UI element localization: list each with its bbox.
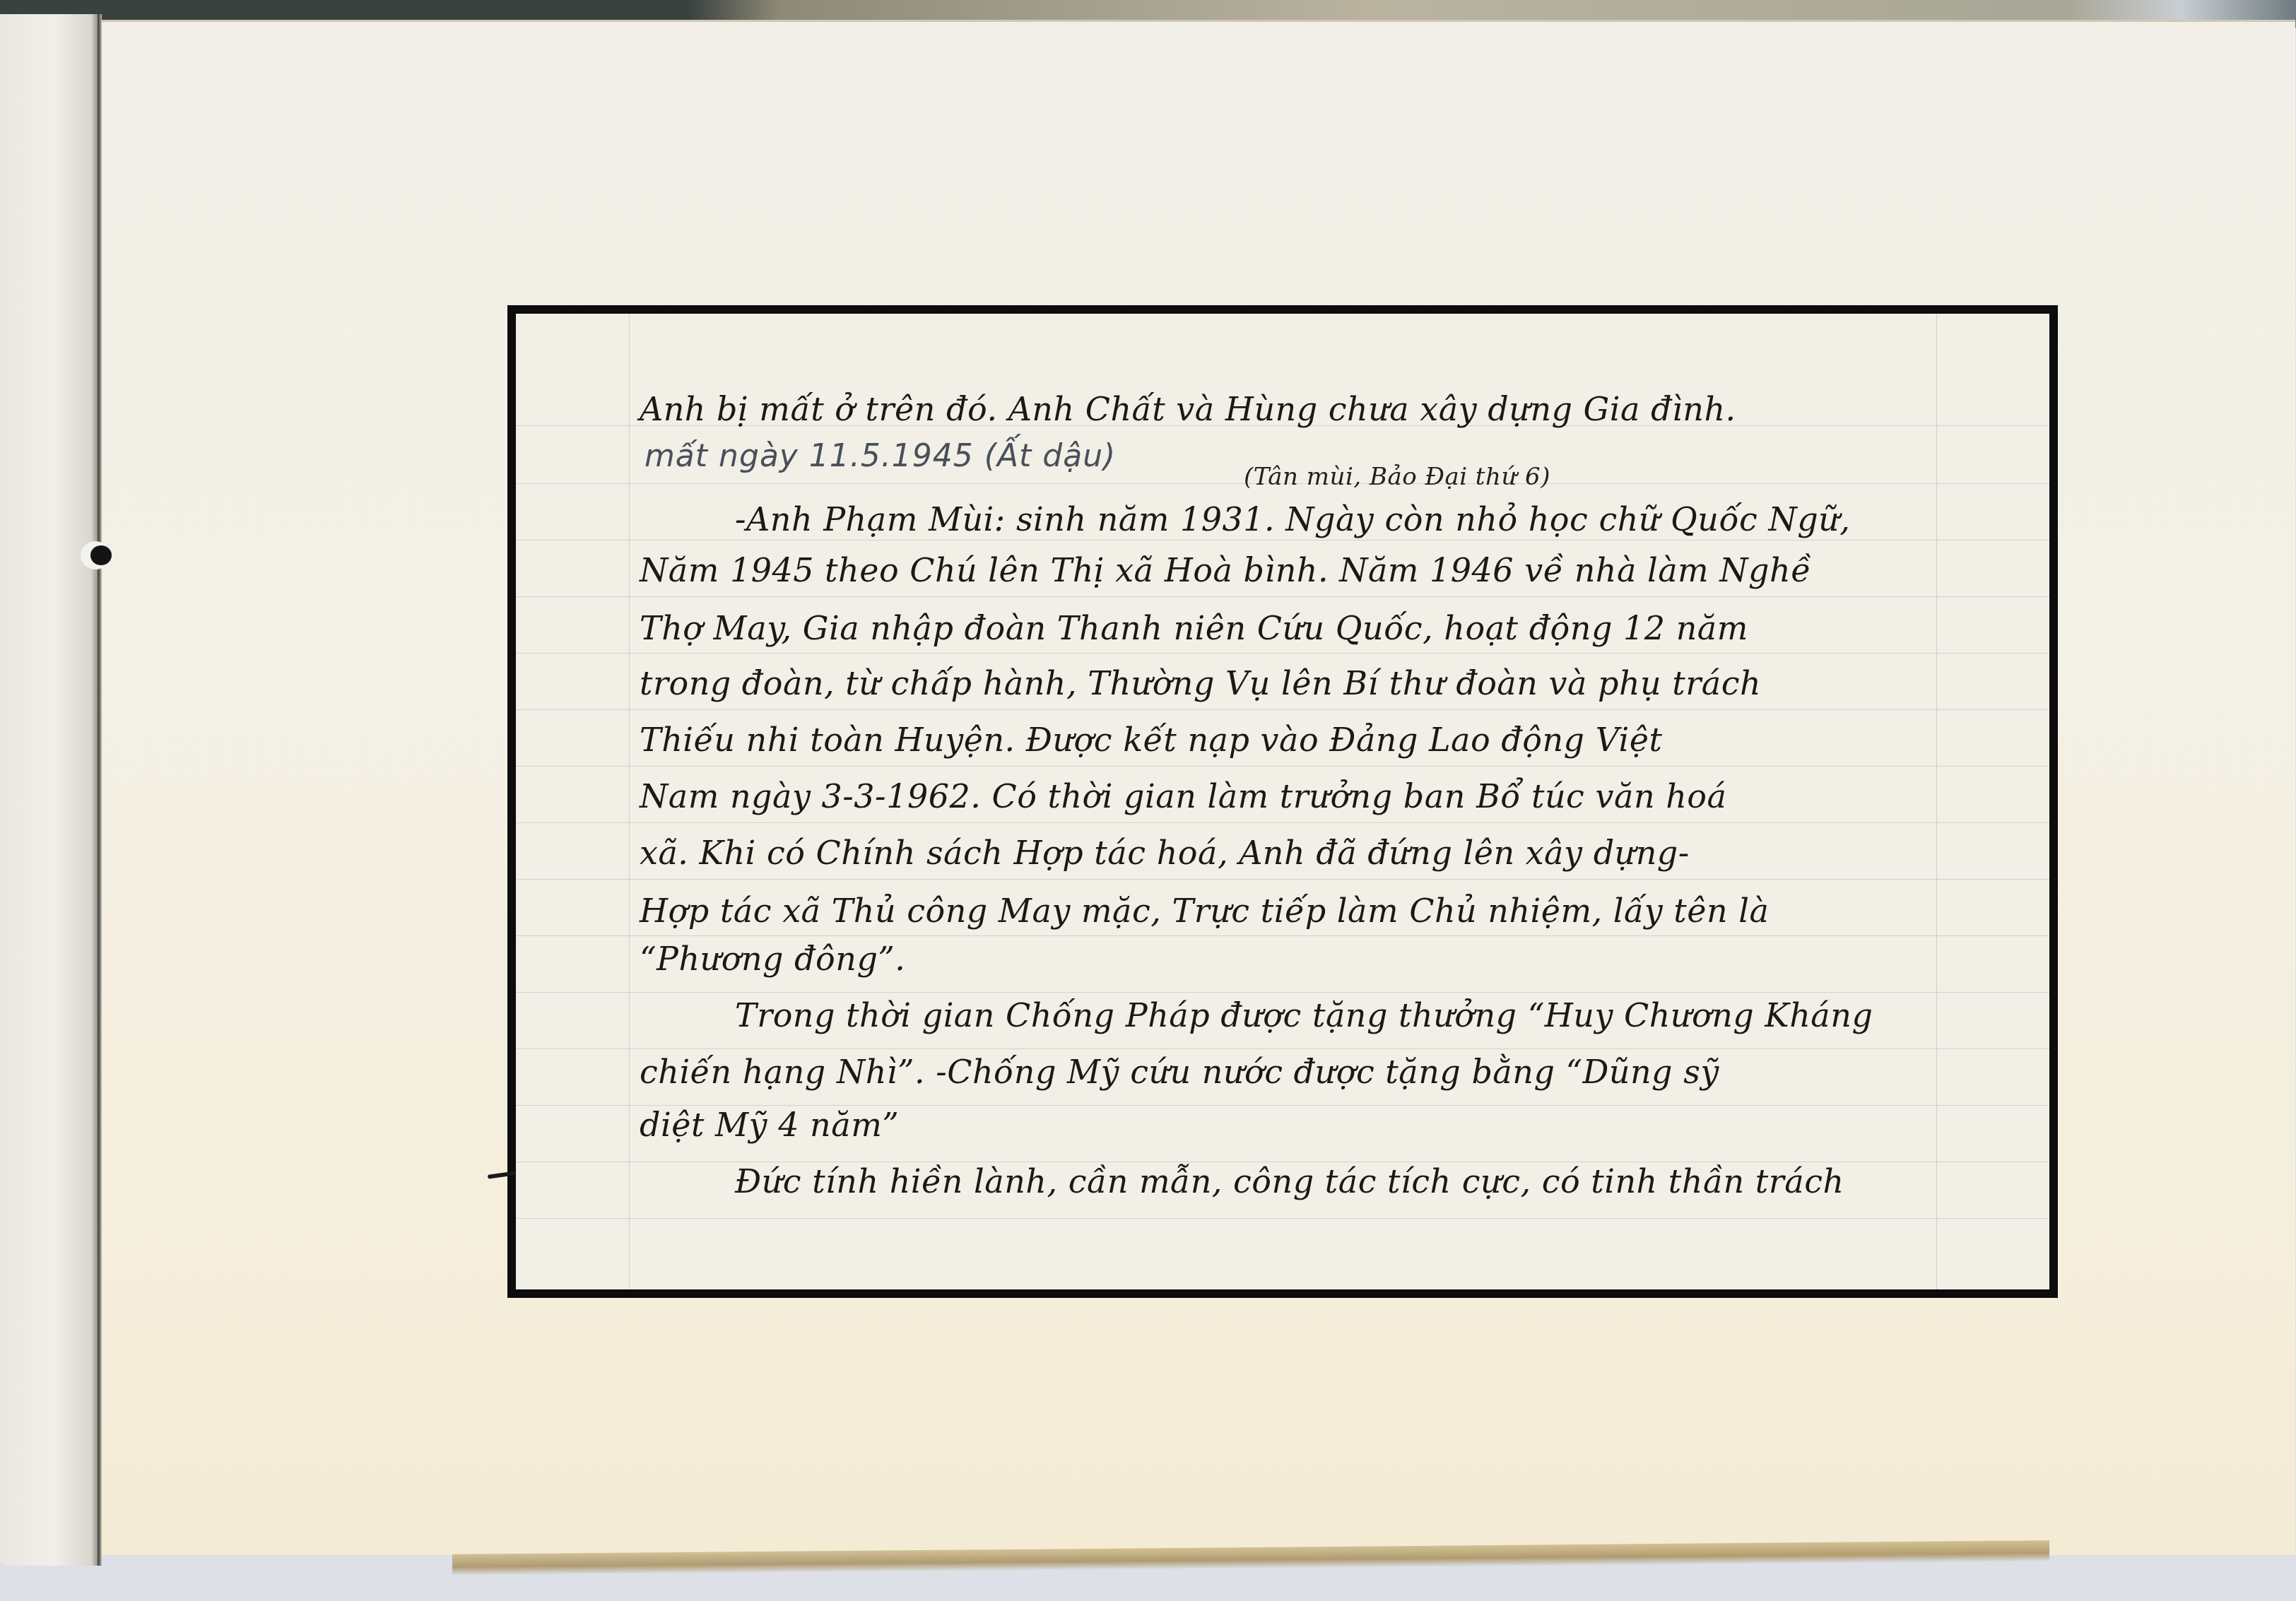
pencil-ruling — [516, 1218, 2049, 1219]
binding-stitch-hole — [90, 545, 112, 565]
pencil-ruling — [516, 540, 2049, 540]
text-line-9: Nam ngày 3-3-1962. Có thời gian làm trưở… — [640, 777, 1726, 815]
text-line-13: Trong thời gian Chống Pháp được tặng thư… — [735, 996, 1873, 1034]
pencil-ruling — [516, 879, 2049, 880]
text-line-11: Hợp tác xã Thủ công May mặc, Trực tiếp l… — [640, 892, 1769, 930]
text-line-10: xã. Khi có Chính sách Hợp tác hoá, Anh đ… — [640, 834, 1690, 872]
pencil-ruling — [516, 653, 2049, 654]
text-line-16: Đức tính hiền lành, cần mẫn, công tác tí… — [735, 1162, 1844, 1200]
text-line-12: “Phương đông”. — [640, 940, 905, 978]
text-line-1: Anh bị mất ở trên đó. Anh Chất và Hùng c… — [640, 390, 1736, 428]
text-line-8: Thiếu nhi toàn Huyện. Được kết nạp vào Đ… — [640, 721, 1663, 759]
pencil-margin-line — [1936, 314, 1937, 1289]
pencil-margin-line — [629, 314, 630, 1289]
text-line-4: -Anh Phạm Mùi: sinh năm 1931. Ngày còn n… — [735, 500, 1850, 538]
pencil-ruling — [516, 1048, 2049, 1049]
text-line-7: trong đoàn, từ chấp hành, Thường Vụ lên … — [640, 664, 1761, 702]
text-line-5: Năm 1945 theo Chú lên Thị xã Hoà bình. N… — [640, 551, 1811, 589]
pencil-annotation-death-date: mất ngày 11.5.1945 (Ất dậu) — [644, 438, 1116, 474]
birth-year-annotation: (Tân mùi, Bảo Đại thứ 6) — [1244, 463, 1550, 491]
pencil-ruling — [516, 596, 2049, 597]
text-line-15: diệt Mỹ 4 năm” — [640, 1106, 899, 1144]
pencil-ruling — [516, 935, 2049, 936]
pencil-ruling — [516, 822, 2049, 823]
facing-page-left — [0, 14, 99, 1566]
pencil-ruling — [516, 766, 2049, 767]
text-line-6: Thợ May, Gia nhập đoàn Thanh niên Cứu Qu… — [640, 609, 1748, 647]
text-line-14: chiến hạng Nhì”. -Chống Mỹ cứu nước được… — [640, 1053, 1719, 1091]
pencil-ruling — [516, 709, 2049, 710]
pencil-ruling — [516, 992, 2049, 993]
